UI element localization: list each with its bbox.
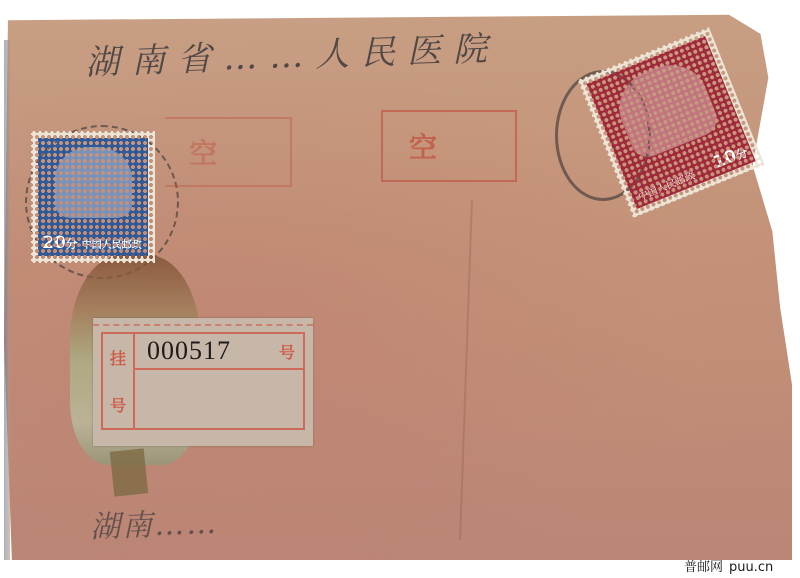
airmail-handmark-2: 空 [381, 110, 517, 182]
figure-sticker-foot [110, 448, 149, 496]
watermark-site-name: 普邮网 [684, 560, 723, 575]
registration-char-hao: 号 [110, 393, 126, 416]
stamp-value: 10分 [710, 141, 751, 173]
registration-number: 000517 [147, 336, 231, 366]
registration-label-frame: 挂 号 000517 号 [101, 332, 305, 430]
stamp-face: 20分中国人民邮政 [38, 138, 148, 256]
sender-address: 湖南…… [89, 498, 218, 546]
envelope-left-edge [4, 40, 10, 560]
stamp-value: 20分中国人民邮政 [42, 233, 142, 253]
handmark-char-1: 空 [409, 126, 437, 166]
registration-number-suffix: 号 [279, 340, 295, 363]
stamp-portrait-icon [55, 147, 132, 218]
registration-char-gua: 挂 [110, 346, 126, 369]
handmark-char-1: 空 [189, 132, 217, 172]
airmail-handmark-1: 空 [165, 117, 292, 187]
stamp-20-fen: 20分中国人民邮政 [31, 131, 155, 263]
registration-label-side: 挂 号 [103, 334, 135, 428]
watermark-url: puu.cn [729, 560, 773, 575]
registration-label-dashed-line [93, 324, 313, 326]
registration-label: 挂 号 000517 号 [93, 318, 313, 446]
watermark: 普邮网puu.cn [684, 556, 773, 575]
stamp-scientist-icon [608, 53, 721, 162]
registration-label-divider [133, 368, 303, 370]
